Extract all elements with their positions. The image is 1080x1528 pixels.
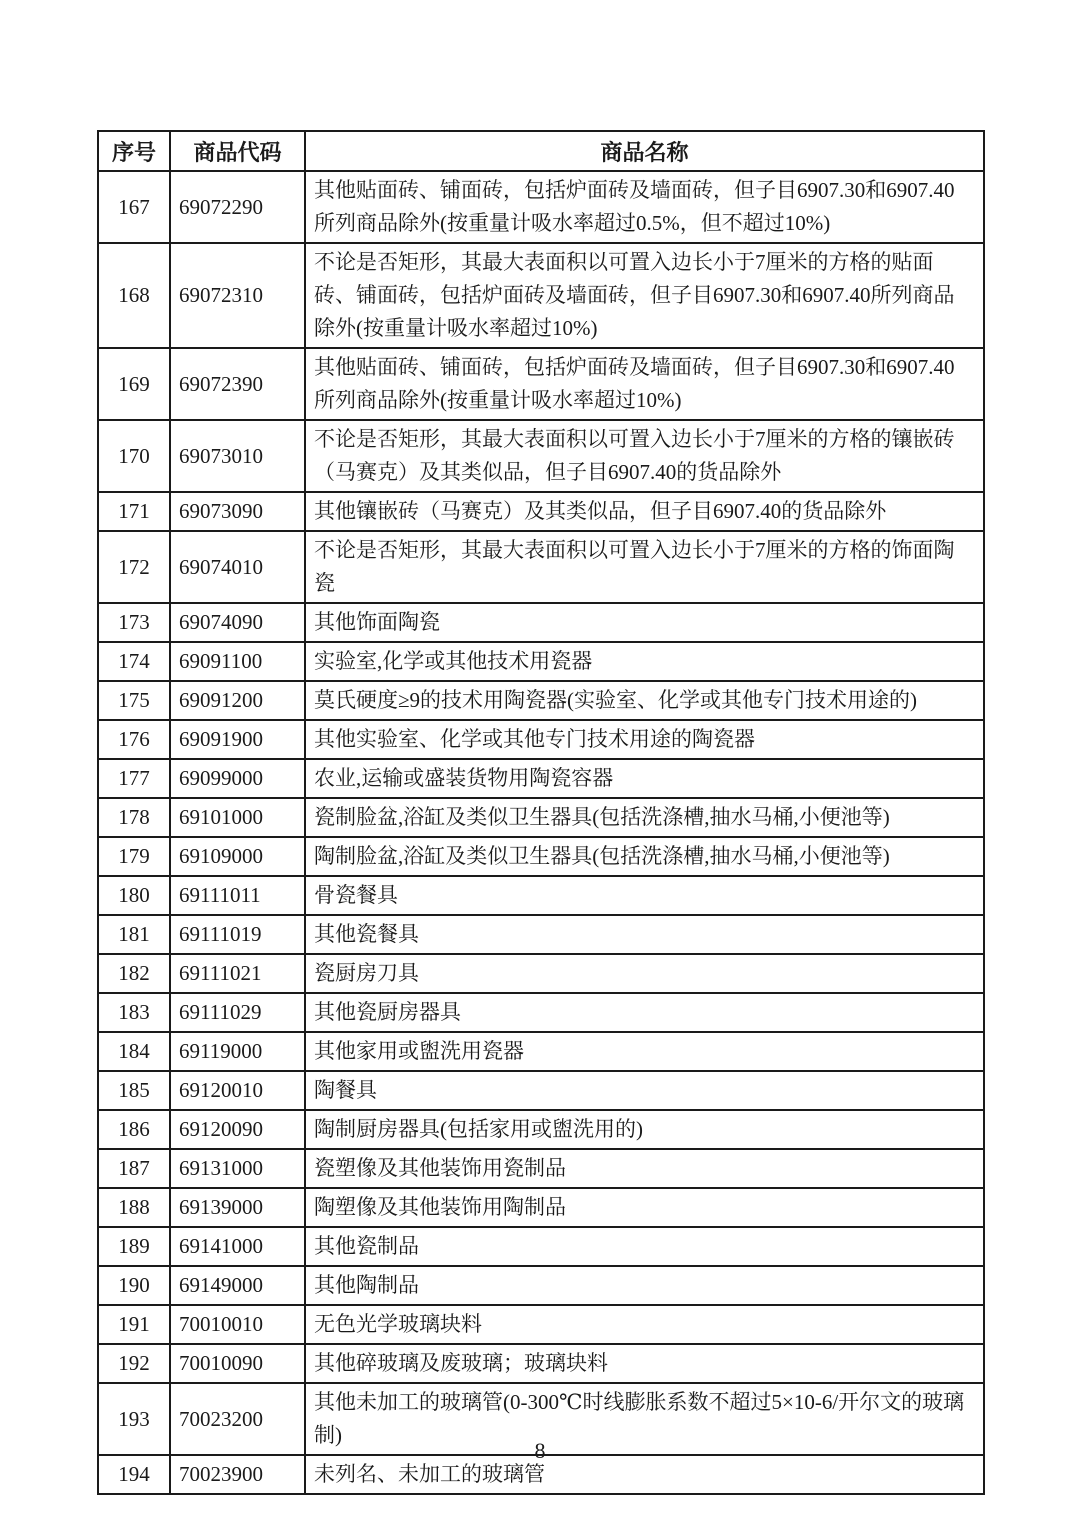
cell-serial-number: 181 [98,915,170,954]
table-row: 17169073090其他镶嵌砖（马赛克）及其类似品，但子目6907.40的货品… [98,492,984,531]
cell-commodity-code: 69091200 [170,681,305,720]
cell-commodity-name: 其他瓷餐具 [305,915,984,954]
cell-commodity-code: 69091100 [170,642,305,681]
table-row: 16969072390其他贴面砖、铺面砖，包括炉面砖及墙面砖，但子目6907.3… [98,348,984,420]
cell-serial-number: 183 [98,993,170,1032]
cell-commodity-name: 实验室,化学或其他技术用瓷器 [305,642,984,681]
table-row: 18069111011骨瓷餐具 [98,876,984,915]
cell-commodity-name: 不论是否矩形，其最大表面积以可置入边长小于7厘米的方格的饰面陶瓷 [305,531,984,603]
table-row: 16869072310不论是否矩形，其最大表面积以可置入边长小于7厘米的方格的贴… [98,243,984,348]
table-row: 18469119000其他家用或盥洗用瓷器 [98,1032,984,1071]
cell-commodity-name: 其他陶制品 [305,1266,984,1305]
table-row: 19270010090其他碎玻璃及废玻璃；玻璃块料 [98,1344,984,1383]
cell-commodity-name: 陶塑像及其他装饰用陶制品 [305,1188,984,1227]
cell-serial-number: 167 [98,171,170,243]
cell-commodity-code: 69131000 [170,1149,305,1188]
cell-commodity-name: 瓷塑像及其他装饰用瓷制品 [305,1149,984,1188]
cell-commodity-code: 69149000 [170,1266,305,1305]
table-row: 17969109000陶制脸盆,浴缸及类似卫生器具(包括洗涤槽,抽水马桶,小便池… [98,837,984,876]
cell-serial-number: 175 [98,681,170,720]
cell-commodity-code: 69101000 [170,798,305,837]
cell-commodity-name: 其他瓷厨房器具 [305,993,984,1032]
cell-serial-number: 168 [98,243,170,348]
cell-serial-number: 192 [98,1344,170,1383]
table-row: 17469091100实验室,化学或其他技术用瓷器 [98,642,984,681]
table-row: 18769131000瓷塑像及其他装饰用瓷制品 [98,1149,984,1188]
cell-serial-number: 184 [98,1032,170,1071]
cell-commodity-code: 69073090 [170,492,305,531]
cell-commodity-code: 70010090 [170,1344,305,1383]
cell-commodity-name: 其他贴面砖、铺面砖，包括炉面砖及墙面砖，但子目6907.30和6907.40所列… [305,171,984,243]
cell-serial-number: 172 [98,531,170,603]
cell-commodity-name: 其他碎玻璃及废玻璃；玻璃块料 [305,1344,984,1383]
cell-serial-number: 187 [98,1149,170,1188]
cell-commodity-code: 69119000 [170,1032,305,1071]
table-row: 17669091900其他实验室、化学或其他专门技术用途的陶瓷器 [98,720,984,759]
cell-commodity-code: 69099000 [170,759,305,798]
cell-commodity-code: 69111011 [170,876,305,915]
cell-serial-number: 189 [98,1227,170,1266]
cell-commodity-code: 69111021 [170,954,305,993]
cell-commodity-code: 69139000 [170,1188,305,1227]
cell-commodity-name: 其他家用或盥洗用瓷器 [305,1032,984,1071]
cell-commodity-code: 69074090 [170,603,305,642]
commodity-table: 序号 商品代码 商品名称 16769072290其他贴面砖、铺面砖，包括炉面砖及… [97,130,985,1495]
cell-commodity-name: 不论是否矩形，其最大表面积以可置入边长小于7厘米的方格的镶嵌砖（马赛克）及其类似… [305,420,984,492]
table-row: 18169111019其他瓷餐具 [98,915,984,954]
table-row: 19069149000其他陶制品 [98,1266,984,1305]
header-row: 序号 商品代码 商品名称 [98,131,984,171]
table-row: 18569120010陶餐具 [98,1071,984,1110]
cell-commodity-name: 瓷制脸盆,浴缸及类似卫生器具(包括洗涤槽,抽水马桶,小便池等) [305,798,984,837]
cell-commodity-code: 69141000 [170,1227,305,1266]
cell-commodity-name: 不论是否矩形，其最大表面积以可置入边长小于7厘米的方格的贴面砖、铺面砖，包括炉面… [305,243,984,348]
table-row: 19170010010无色光学玻璃块料 [98,1305,984,1344]
cell-serial-number: 169 [98,348,170,420]
cell-commodity-name: 陶制厨房器具(包括家用或盥洗用的) [305,1110,984,1149]
cell-serial-number: 186 [98,1110,170,1149]
table-row: 17769099000农业,运输或盛装货物用陶瓷容器 [98,759,984,798]
cell-commodity-name: 其他实验室、化学或其他专门技术用途的陶瓷器 [305,720,984,759]
cell-commodity-name: 骨瓷餐具 [305,876,984,915]
cell-serial-number: 190 [98,1266,170,1305]
table-row: 18969141000其他瓷制品 [98,1227,984,1266]
cell-serial-number: 191 [98,1305,170,1344]
cell-commodity-name: 陶餐具 [305,1071,984,1110]
table-row: 18369111029其他瓷厨房器具 [98,993,984,1032]
header-commodity-name: 商品名称 [305,131,984,171]
cell-commodity-name: 其他瓷制品 [305,1227,984,1266]
table-row: 18669120090陶制厨房器具(包括家用或盥洗用的) [98,1110,984,1149]
header-serial-number: 序号 [98,131,170,171]
cell-commodity-code: 69111029 [170,993,305,1032]
table-row: 17069073010不论是否矩形，其最大表面积以可置入边长小于7厘米的方格的镶… [98,420,984,492]
cell-commodity-code: 69120010 [170,1071,305,1110]
cell-commodity-name: 莫氏硬度≥9的技术用陶瓷器(实验室、化学或其他专门技术用途的) [305,681,984,720]
table-body: 16769072290其他贴面砖、铺面砖，包括炉面砖及墙面砖，但子目6907.3… [98,171,984,1494]
cell-serial-number: 188 [98,1188,170,1227]
page-number: 8 [0,1438,1080,1464]
cell-commodity-code: 69072290 [170,171,305,243]
cell-serial-number: 170 [98,420,170,492]
cell-commodity-code: 69072390 [170,348,305,420]
cell-commodity-code: 69091900 [170,720,305,759]
cell-serial-number: 176 [98,720,170,759]
cell-commodity-name: 瓷厨房刀具 [305,954,984,993]
cell-serial-number: 173 [98,603,170,642]
cell-serial-number: 179 [98,837,170,876]
table-row: 17269074010不论是否矩形，其最大表面积以可置入边长小于7厘米的方格的饰… [98,531,984,603]
cell-commodity-name: 无色光学玻璃块料 [305,1305,984,1344]
cell-commodity-name: 陶制脸盆,浴缸及类似卫生器具(包括洗涤槽,抽水马桶,小便池等) [305,837,984,876]
cell-commodity-name: 其他饰面陶瓷 [305,603,984,642]
table-row: 18869139000陶塑像及其他装饰用陶制品 [98,1188,984,1227]
table-row: 16769072290其他贴面砖、铺面砖，包括炉面砖及墙面砖，但子目6907.3… [98,171,984,243]
cell-commodity-code: 69072310 [170,243,305,348]
cell-serial-number: 171 [98,492,170,531]
table-header: 序号 商品代码 商品名称 [98,131,984,171]
cell-commodity-name: 其他镶嵌砖（马赛克）及其类似品，但子目6907.40的货品除外 [305,492,984,531]
table-row: 17369074090其他饰面陶瓷 [98,603,984,642]
cell-commodity-code: 69109000 [170,837,305,876]
cell-commodity-name: 农业,运输或盛装货物用陶瓷容器 [305,759,984,798]
cell-serial-number: 178 [98,798,170,837]
cell-serial-number: 174 [98,642,170,681]
cell-commodity-code: 70010010 [170,1305,305,1344]
table-row: 18269111021瓷厨房刀具 [98,954,984,993]
cell-serial-number: 180 [98,876,170,915]
cell-commodity-name: 其他贴面砖、铺面砖，包括炉面砖及墙面砖，但子目6907.30和6907.40所列… [305,348,984,420]
cell-serial-number: 185 [98,1071,170,1110]
cell-serial-number: 182 [98,954,170,993]
cell-commodity-code: 69074010 [170,531,305,603]
cell-commodity-code: 69073010 [170,420,305,492]
header-commodity-code: 商品代码 [170,131,305,171]
cell-commodity-code: 69111019 [170,915,305,954]
table-row: 17869101000瓷制脸盆,浴缸及类似卫生器具(包括洗涤槽,抽水马桶,小便池… [98,798,984,837]
table-row: 17569091200莫氏硬度≥9的技术用陶瓷器(实验室、化学或其他专门技术用途… [98,681,984,720]
cell-serial-number: 177 [98,759,170,798]
cell-commodity-code: 69120090 [170,1110,305,1149]
